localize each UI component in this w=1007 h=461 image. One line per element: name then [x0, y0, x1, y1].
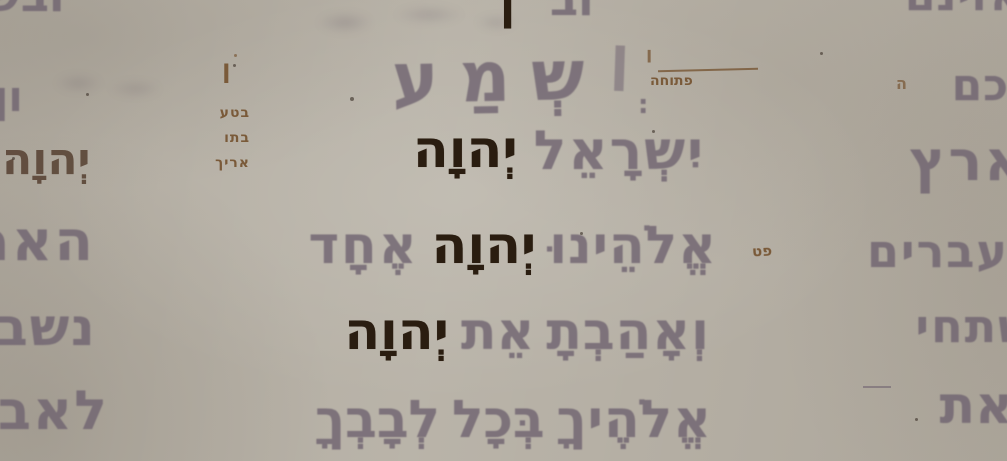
verse-line-3: אֱלֹהֵינוּ יְהוָה אֶחָד: [308, 220, 717, 272]
eloheinu-word: אֱלֹהֵינוּ: [549, 220, 717, 272]
top-fragment-dots: :: [638, 92, 648, 118]
yisrael-word: יִשְרָאֵל: [534, 124, 705, 178]
verse-line-4: וְאָהַבְתָ אֵת יְהוָה: [344, 306, 710, 358]
dirt-speck: [12, 157, 15, 160]
right-fragment-et: את: [940, 380, 1007, 432]
left-fragment-tetragrammaton: יְהוָה: [2, 138, 91, 182]
left-fragment-top: ובש: [0, 0, 65, 18]
petuchah-tick: ׀: [646, 48, 652, 65]
masora-note-line-2: בתו: [192, 131, 250, 145]
right-fragment-aretz: ארץ: [909, 134, 1007, 190]
left-fragment-nishba: נשב: [0, 302, 97, 354]
tetragrammaton-line2: יְהוָה: [413, 124, 518, 176]
manuscript-page-photo: ן וב ן : פתוחה ׀ פט ן בטע בתו אריך שְמַע…: [0, 0, 1007, 461]
dirt-speck: [652, 130, 655, 133]
echad-word: אֶחָד: [308, 220, 418, 272]
right-fragment-shtachi: שתחי: [916, 303, 1007, 349]
petuchah-label: פתוחה: [650, 74, 693, 88]
left-fragment-haaretz: האר: [0, 214, 95, 270]
right-fragment-vchem: בכם: [952, 64, 1007, 108]
rafe-stroke: [863, 386, 891, 388]
qere-he-mark: ה: [896, 76, 907, 92]
ink-bleed-smudge: [38, 58, 173, 114]
verse-line-5: אֱלֹהֶיךָ בְּכָל לְבָבְךָ: [315, 394, 712, 446]
dirt-speck: [86, 93, 89, 96]
dirt-speck: [350, 97, 354, 101]
top-fragment-dark-nun: ן: [500, 0, 515, 26]
masora-note-line-3: אריך: [192, 156, 250, 170]
bechol-word: בְּכָל: [452, 394, 545, 446]
right-fragment-ovrim: עברים: [867, 228, 1007, 274]
dirt-speck: [915, 418, 918, 421]
levavcha-word: לְבָבְךָ: [315, 394, 440, 446]
dirt-speck: [580, 232, 583, 235]
elohecha-word: אֱלֹהֶיךָ: [557, 394, 712, 446]
top-fragment-tall-stroke: ן: [609, 28, 631, 87]
masora-dot: [234, 54, 237, 57]
left-fragment-vav-nun: ון: [0, 76, 23, 118]
pe-tet-mark: פט: [752, 243, 773, 259]
masora-circellus: ן: [222, 56, 231, 81]
petuchah-line: [658, 68, 758, 73]
top-fragment-letters: וב: [550, 0, 594, 22]
verse-line-2: יִשְרָאֵל יְהוָה: [413, 124, 705, 178]
masora-note-line-1: בטע: [192, 106, 250, 120]
right-fragment-top: אזינם: [905, 0, 1007, 18]
dirt-speck: [820, 52, 823, 55]
tetragrammaton-line4: יְהוָה: [344, 306, 449, 358]
dirt-speck: [233, 64, 236, 67]
shema-word: שְמַע: [391, 40, 606, 114]
tetragrammaton-line3: יְהוָה: [432, 220, 537, 272]
left-fragment-laavotecha: לאב: [0, 384, 109, 438]
et-word: אֵת: [461, 306, 534, 358]
veahavta-word: וְאָהַבְתָ: [546, 306, 710, 358]
